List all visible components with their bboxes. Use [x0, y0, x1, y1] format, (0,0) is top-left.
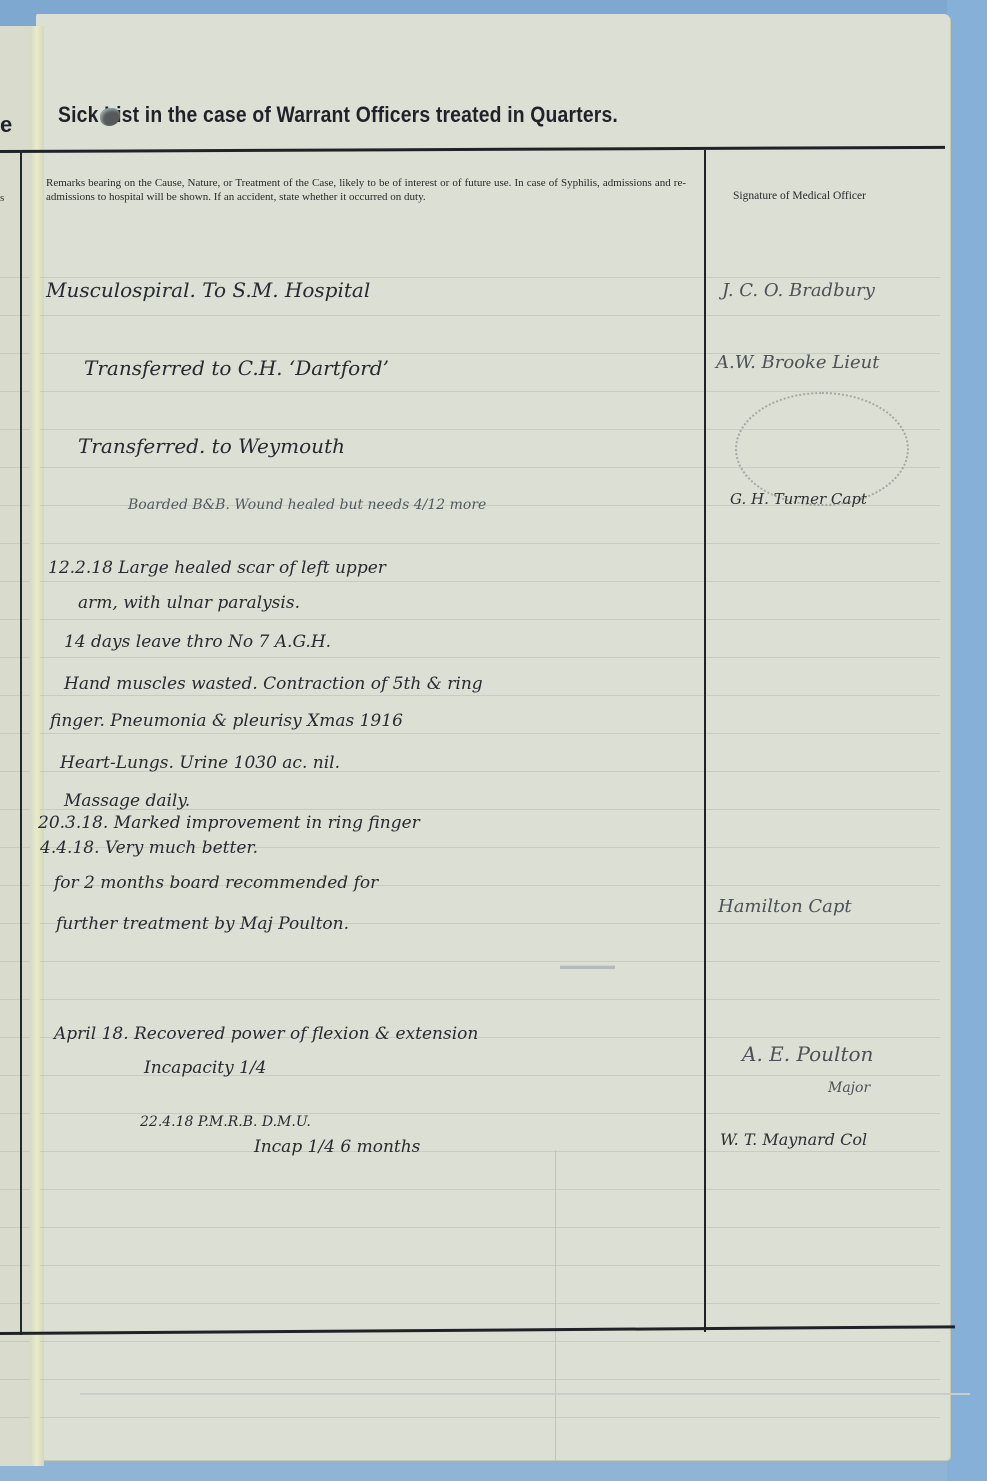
backdrop-right — [947, 0, 987, 1481]
faint-column-line — [555, 1150, 556, 1460]
remark-line: Transferred to C.H. ‘Dartford’ — [84, 356, 389, 380]
remark-line: 12.2.18 Large healed scar of left upper — [48, 558, 386, 578]
medical-officer-rank: Major — [828, 1080, 870, 1096]
remark-line: Musculospiral. To S.M. Hospital — [46, 278, 370, 302]
faded-stamp — [735, 392, 909, 506]
remark-line: arm, with ulnar paralysis. — [78, 593, 300, 613]
remark-line: 4.4.18. Very much better. — [40, 838, 258, 858]
remark-line: 22.4.18 P.M.R.B. D.M.U. — [140, 1114, 311, 1130]
remark-line: 14 days leave thro No 7 A.G.H. — [64, 632, 331, 652]
remark-line: April 18. Recovered power of flexion & e… — [54, 1024, 478, 1044]
remark-line: Transferred. to Weymouth — [78, 434, 345, 458]
remark-line: Heart-Lungs. Urine 1030 ac. nil. — [60, 753, 340, 773]
signature-column-header: Signature of Medical Officer — [733, 190, 866, 202]
remarks-column-header: Remarks bearing on the Cause, Nature, or… — [46, 176, 686, 204]
remark-line: further treatment by Maj Poulton. — [56, 914, 349, 934]
remark-line: finger. Pneumonia & pleurisy Xmas 1916 — [50, 711, 403, 731]
remark-line: for 2 months board recommended for — [54, 873, 378, 893]
bottom-faint-line — [80, 1393, 970, 1395]
column-divider-signature — [704, 150, 706, 1332]
medical-officer-signature: A.W. Brooke Lieut — [716, 352, 880, 373]
remark-line: Boarded B&B. Wound healed but needs 4/12… — [128, 497, 486, 513]
medical-officer-signature: W. T. Maynard Col — [720, 1130, 867, 1149]
remark-line: Incapacity 1/4 — [144, 1058, 267, 1078]
remark-line: Incap 1/4 6 months — [254, 1137, 420, 1157]
remark-line: Hand muscles wasted. Contraction of 5th … — [64, 674, 483, 694]
bleed-through-text: ▬▬▬▬▬ — [560, 960, 615, 972]
column-divider-left — [20, 150, 22, 1335]
remark-line: Massage daily. — [64, 791, 190, 811]
medical-officer-signature: J. C. O. Bradbury — [722, 280, 875, 301]
medical-officer-signature: Hamilton Capt — [718, 896, 852, 917]
medical-officer-signature: G. H. Turner Capt — [730, 490, 867, 508]
page-title: Sick List in the case of Warrant Officer… — [58, 102, 618, 128]
remark-line: 20.3.18. Marked improvement in ring fing… — [38, 813, 420, 833]
medical-officer-signature: A. E. Poulton — [742, 1042, 873, 1066]
left-page-title-fragment: e — [0, 112, 12, 138]
left-page-column-fragment: s — [0, 192, 4, 204]
